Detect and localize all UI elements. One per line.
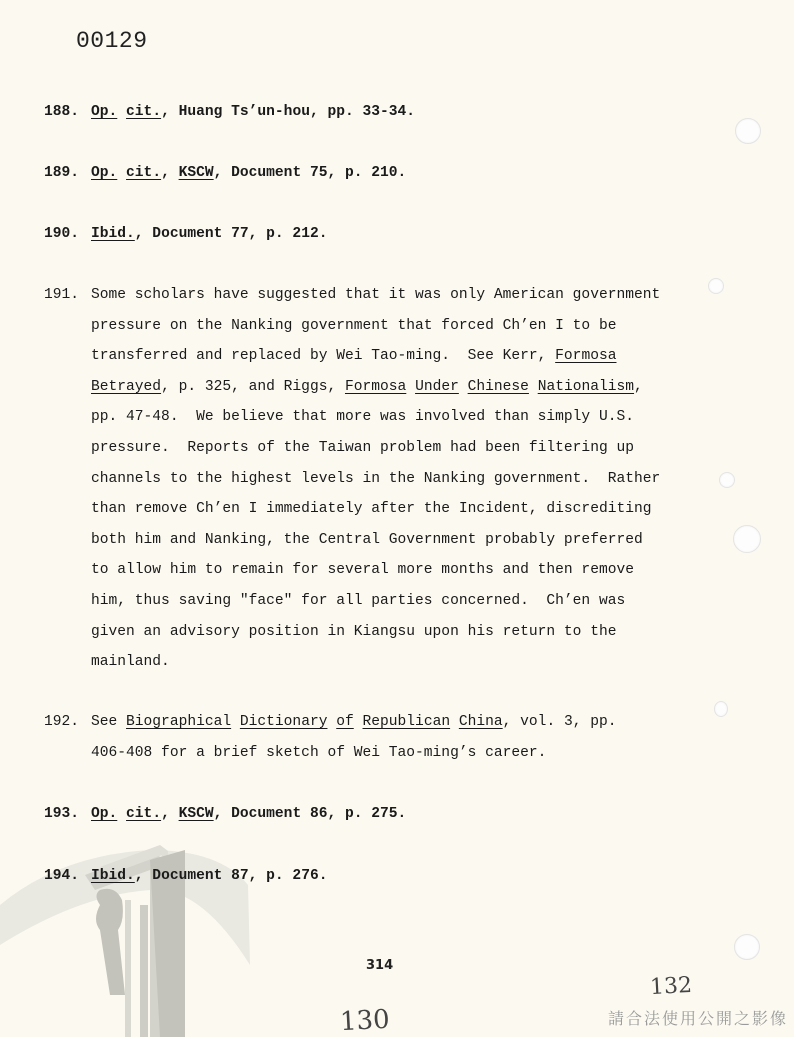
- footnote-number: 194.: [44, 861, 91, 892]
- underlined-citation: Dictionary: [240, 714, 328, 730]
- footnote-line: him, thus saving "face" for all parties …: [44, 586, 660, 617]
- footnote-line: pressure on the Nanking government that …: [44, 311, 660, 342]
- footnote-line: pressure. Reports of the Taiwan problem …: [44, 433, 660, 464]
- footnote-text: [354, 714, 363, 730]
- footnote-text: ,: [634, 379, 643, 395]
- footnote-number: 191.: [44, 280, 91, 311]
- footnote-line: mainland.: [44, 647, 660, 678]
- footnote-text: to allow him to remain for several more …: [91, 562, 634, 578]
- footnote-text: , Document 86, p. 275.: [214, 806, 407, 822]
- underlined-citation: KSCW: [179, 165, 214, 181]
- handwritten-mark: 132: [649, 973, 692, 1000]
- footnote-line: transferred and replaced by Wei Tao-ming…: [44, 341, 660, 372]
- footnote-number: 190.: [44, 219, 91, 250]
- footnote-number: 189.: [44, 158, 91, 189]
- underlined-citation: Formosa: [555, 348, 616, 364]
- footnote-text: , Huang Ts’un-hou, pp. 33-34.: [161, 104, 415, 120]
- footnote-line: 188.Op. cit., Huang Ts’un-hou, pp. 33-34…: [44, 97, 415, 128]
- footnote-line: 192.See Biographical Dictionary of Repub…: [44, 707, 617, 738]
- footnote-text: ,: [161, 165, 179, 181]
- footnote-line: pp. 47-48. We believe that more was invo…: [44, 402, 660, 433]
- footnote-text: , Document 75, p. 210.: [214, 165, 407, 181]
- underlined-citation: Ibid.: [91, 226, 135, 242]
- footnote-line: 194.Ibid., Document 87, p. 276.: [44, 861, 327, 892]
- footnote-text: given an advisory position in Kiangsu up…: [91, 624, 616, 640]
- footnote-text: channels to the highest levels in the Na…: [91, 471, 660, 487]
- document-id: 00129: [76, 28, 148, 54]
- footnote-line: 193.Op. cit., KSCW, Document 86, p. 275.: [44, 799, 406, 830]
- footnote-line: channels to the highest levels in the Na…: [44, 464, 660, 495]
- footnote-line: 406-408 for a brief sketch of Wei Tao-mi…: [44, 738, 617, 769]
- footnote-text: both him and Nanking, the Central Govern…: [91, 532, 643, 548]
- underlined-citation: Republican: [363, 714, 451, 730]
- footnote-text: [529, 379, 538, 395]
- footnote: 189.Op. cit., KSCW, Document 75, p. 210.: [44, 158, 406, 189]
- footnote-number: 193.: [44, 799, 91, 830]
- footnote-line: than remove Ch’en I immediately after th…: [44, 494, 660, 525]
- underlined-citation: Nationalism: [538, 379, 634, 395]
- scanned-document-page: 00129 188.Op. cit., Huang Ts’un-hou, pp.…: [0, 0, 794, 1037]
- footnote: 194.Ibid., Document 87, p. 276.: [44, 861, 327, 892]
- footnote-text: than remove Ch’en I immediately after th…: [91, 501, 652, 517]
- footnote-line: both him and Nanking, the Central Govern…: [44, 525, 660, 556]
- footnote-text: , p. 325, and Riggs,: [161, 379, 345, 395]
- footnote-text: [327, 714, 336, 730]
- footnote-text: [117, 165, 126, 181]
- footnote-text: 406-408 for a brief sketch of Wei Tao-mi…: [91, 745, 546, 761]
- underlined-citation: Chinese: [468, 379, 529, 395]
- footnote-text: pressure on the Nanking government that …: [91, 318, 616, 334]
- footnote-text: transferred and replaced by Wei Tao-ming…: [91, 348, 555, 364]
- footnote-line: given an advisory position in Kiangsu up…: [44, 617, 660, 648]
- footnote-text: [406, 379, 415, 395]
- punch-hole: [719, 472, 735, 488]
- punch-hole: [733, 525, 761, 553]
- footnote-number: 192.: [44, 707, 91, 738]
- underlined-citation: KSCW: [179, 806, 214, 822]
- footnote-text: See: [91, 714, 126, 730]
- footnote: 193.Op. cit., KSCW, Document 86, p. 275.: [44, 799, 406, 830]
- footnote-text: mainland.: [91, 654, 170, 670]
- underlined-citation: Under: [415, 379, 459, 395]
- footnote: 188.Op. cit., Huang Ts’un-hou, pp. 33-34…: [44, 97, 415, 128]
- footnote-line: to allow him to remain for several more …: [44, 555, 660, 586]
- handwritten-mark: 130: [339, 1005, 390, 1037]
- underlined-citation: cit.: [126, 104, 161, 120]
- footnote: 191.Some scholars have suggested that it…: [44, 280, 660, 678]
- underlined-citation: Ibid.: [91, 868, 135, 884]
- underlined-citation: Op.: [91, 806, 117, 822]
- footnote-line: Betrayed, p. 325, and Riggs, Formosa Und…: [44, 372, 660, 403]
- underlined-citation: Op.: [91, 165, 117, 181]
- footnote-text: [450, 714, 459, 730]
- footnote-text: [231, 714, 240, 730]
- footnote-text: [117, 104, 126, 120]
- underlined-citation: Biographical: [126, 714, 231, 730]
- page-number: 314: [366, 958, 393, 973]
- punch-hole: [708, 278, 724, 294]
- footnote-text: pressure. Reports of the Taiwan problem …: [91, 440, 634, 456]
- footnote-text: , Document 87, p. 276.: [135, 868, 328, 884]
- footnote: 192.See Biographical Dictionary of Repub…: [44, 707, 617, 768]
- footnote-text: him, thus saving "face" for all parties …: [91, 593, 625, 609]
- footnote-text: [459, 379, 468, 395]
- underlined-citation: cit.: [126, 165, 161, 181]
- footnote-number: 188.: [44, 97, 91, 128]
- footnote-text: [117, 806, 126, 822]
- usage-notice-stamp: 請合法使用公開之影像: [608, 1006, 788, 1029]
- underlined-citation: Op.: [91, 104, 117, 120]
- footnote-line: 191.Some scholars have suggested that it…: [44, 280, 660, 311]
- punch-hole: [734, 934, 760, 960]
- footnote-line: 189.Op. cit., KSCW, Document 75, p. 210.: [44, 158, 406, 189]
- footnote-text: , vol. 3, pp.: [503, 714, 617, 730]
- footnote: 190.Ibid., Document 77, p. 212.: [44, 219, 327, 250]
- punch-hole: [714, 701, 728, 717]
- footnote-text: , Document 77, p. 212.: [135, 226, 328, 242]
- footnote-text: pp. 47-48. We believe that more was invo…: [91, 409, 634, 425]
- underlined-citation: cit.: [126, 806, 161, 822]
- underlined-citation: of: [336, 714, 354, 730]
- footnote-line: 190.Ibid., Document 77, p. 212.: [44, 219, 327, 250]
- underlined-citation: China: [459, 714, 503, 730]
- footnote-text: ,: [161, 806, 179, 822]
- punch-hole: [735, 118, 761, 144]
- underlined-citation: Betrayed: [91, 379, 161, 395]
- underlined-citation: Formosa: [345, 379, 406, 395]
- footnote-text: Some scholars have suggested that it was…: [91, 287, 660, 303]
